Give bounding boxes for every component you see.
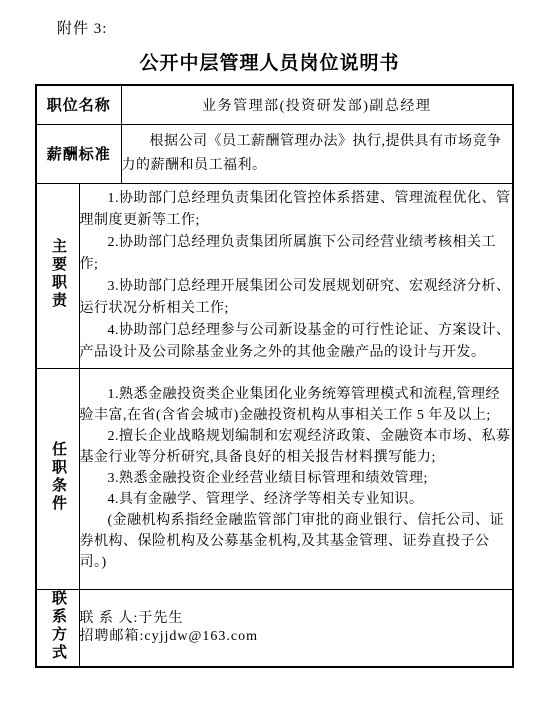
duty-item-2: 2.协助部门总经理负责集团所属旗下公司经营业绩考核相关工作; — [80, 232, 513, 276]
qualifications-label: 任职条件 — [50, 441, 67, 513]
qualifications-row: 任职条件 1.熟悉金融投资类企业集团化业务统筹管理模式和流程,管理经验丰富,在省… — [36, 368, 513, 589]
duties-label: 主要职责 — [50, 238, 67, 310]
position-label: 职位名称 — [47, 97, 111, 114]
contact-row: 联系方式 联 系 人:于先生 招聘邮箱:cyjjdw@163.com — [36, 589, 513, 667]
qualification-item-4: 4.具有金融学、管理学、经济学等相关专业知识。 — [80, 489, 513, 510]
qualification-item-3: 3.熟悉金融投资企业经营业绩目标管理和绩效管理; — [80, 468, 513, 489]
qualifications-label-cell: 任职条件 — [36, 368, 79, 589]
salary-value: 根据公司《员工薪酬管理办法》执行,提供具有市场竞争力的薪酬和员工福利。 — [122, 130, 513, 178]
job-description-table: 职位名称 业务管理部(投资研发部)副总经理 薪酬标准 根据公司《员工薪酬管理办法… — [35, 84, 514, 668]
contact-person-line: 联 系 人:于先生 — [80, 610, 513, 628]
position-value-cell: 业务管理部(投资研发部)副总经理 — [121, 85, 513, 124]
duty-item-4: 4.协助部门总经理参与公司新设基金的可行性论证、方案设计、产品设计及公司除基金业… — [80, 320, 513, 364]
contact-email-line: 招聘邮箱:cyjjdw@163.com — [80, 628, 513, 646]
position-row: 职位名称 业务管理部(投资研发部)副总经理 — [36, 85, 513, 124]
position-value: 业务管理部(投资研发部)副总经理 — [202, 99, 431, 114]
qualifications-cell: 1.熟悉金融投资类企业集团化业务统筹管理模式和流程,管理经验丰富,在省(含省会城… — [79, 368, 513, 589]
duty-item-1: 1.协助部门总经理负责集团化管控体系搭建、管理流程优化、管理制度更新等工作; — [80, 188, 513, 232]
duties-cell: 1.协助部门总经理负责集团化管控体系搭建、管理流程优化、管理制度更新等工作; 2… — [79, 183, 513, 368]
qualification-item-1: 1.熟悉金融投资类企业集团化业务统筹管理模式和流程,管理经验丰富,在省(含省会城… — [80, 384, 513, 426]
salary-row: 薪酬标准 根据公司《员工薪酬管理办法》执行,提供具有市场竞争力的薪酬和员工福利。 — [36, 124, 513, 183]
qualifications-note: (金融机构系指经金融监管部门审批的商业银行、信托公司、证券机构、保险机构及公募基… — [80, 510, 513, 573]
contact-label-cell: 联系方式 — [36, 589, 79, 667]
position-label-cell: 职位名称 — [36, 85, 121, 124]
attachment-label: 附件 3: — [57, 17, 107, 38]
page-title: 公开中层管理人员岗位说明书 — [0, 48, 539, 75]
salary-label: 薪酬标准 — [47, 146, 111, 163]
duties-row: 主要职责 1.协助部门总经理负责集团化管控体系搭建、管理流程优化、管理制度更新等… — [36, 183, 513, 368]
salary-value-cell: 根据公司《员工薪酬管理办法》执行,提供具有市场竞争力的薪酬和员工福利。 — [121, 124, 513, 183]
contact-label: 联系方式 — [50, 590, 67, 662]
qualification-item-2: 2.擅长企业战略规划编制和宏观经济政策、金融资本市场、私募基金行业等分析研究,具… — [80, 426, 513, 468]
contact-cell: 联 系 人:于先生 招聘邮箱:cyjjdw@163.com — [79, 589, 513, 667]
duties-label-cell: 主要职责 — [36, 183, 79, 368]
duty-item-3: 3.协助部门总经理开展集团公司发展规划研究、宏观经济分析、运行状况分析相关工作; — [80, 276, 513, 320]
salary-label-cell: 薪酬标准 — [36, 124, 121, 183]
